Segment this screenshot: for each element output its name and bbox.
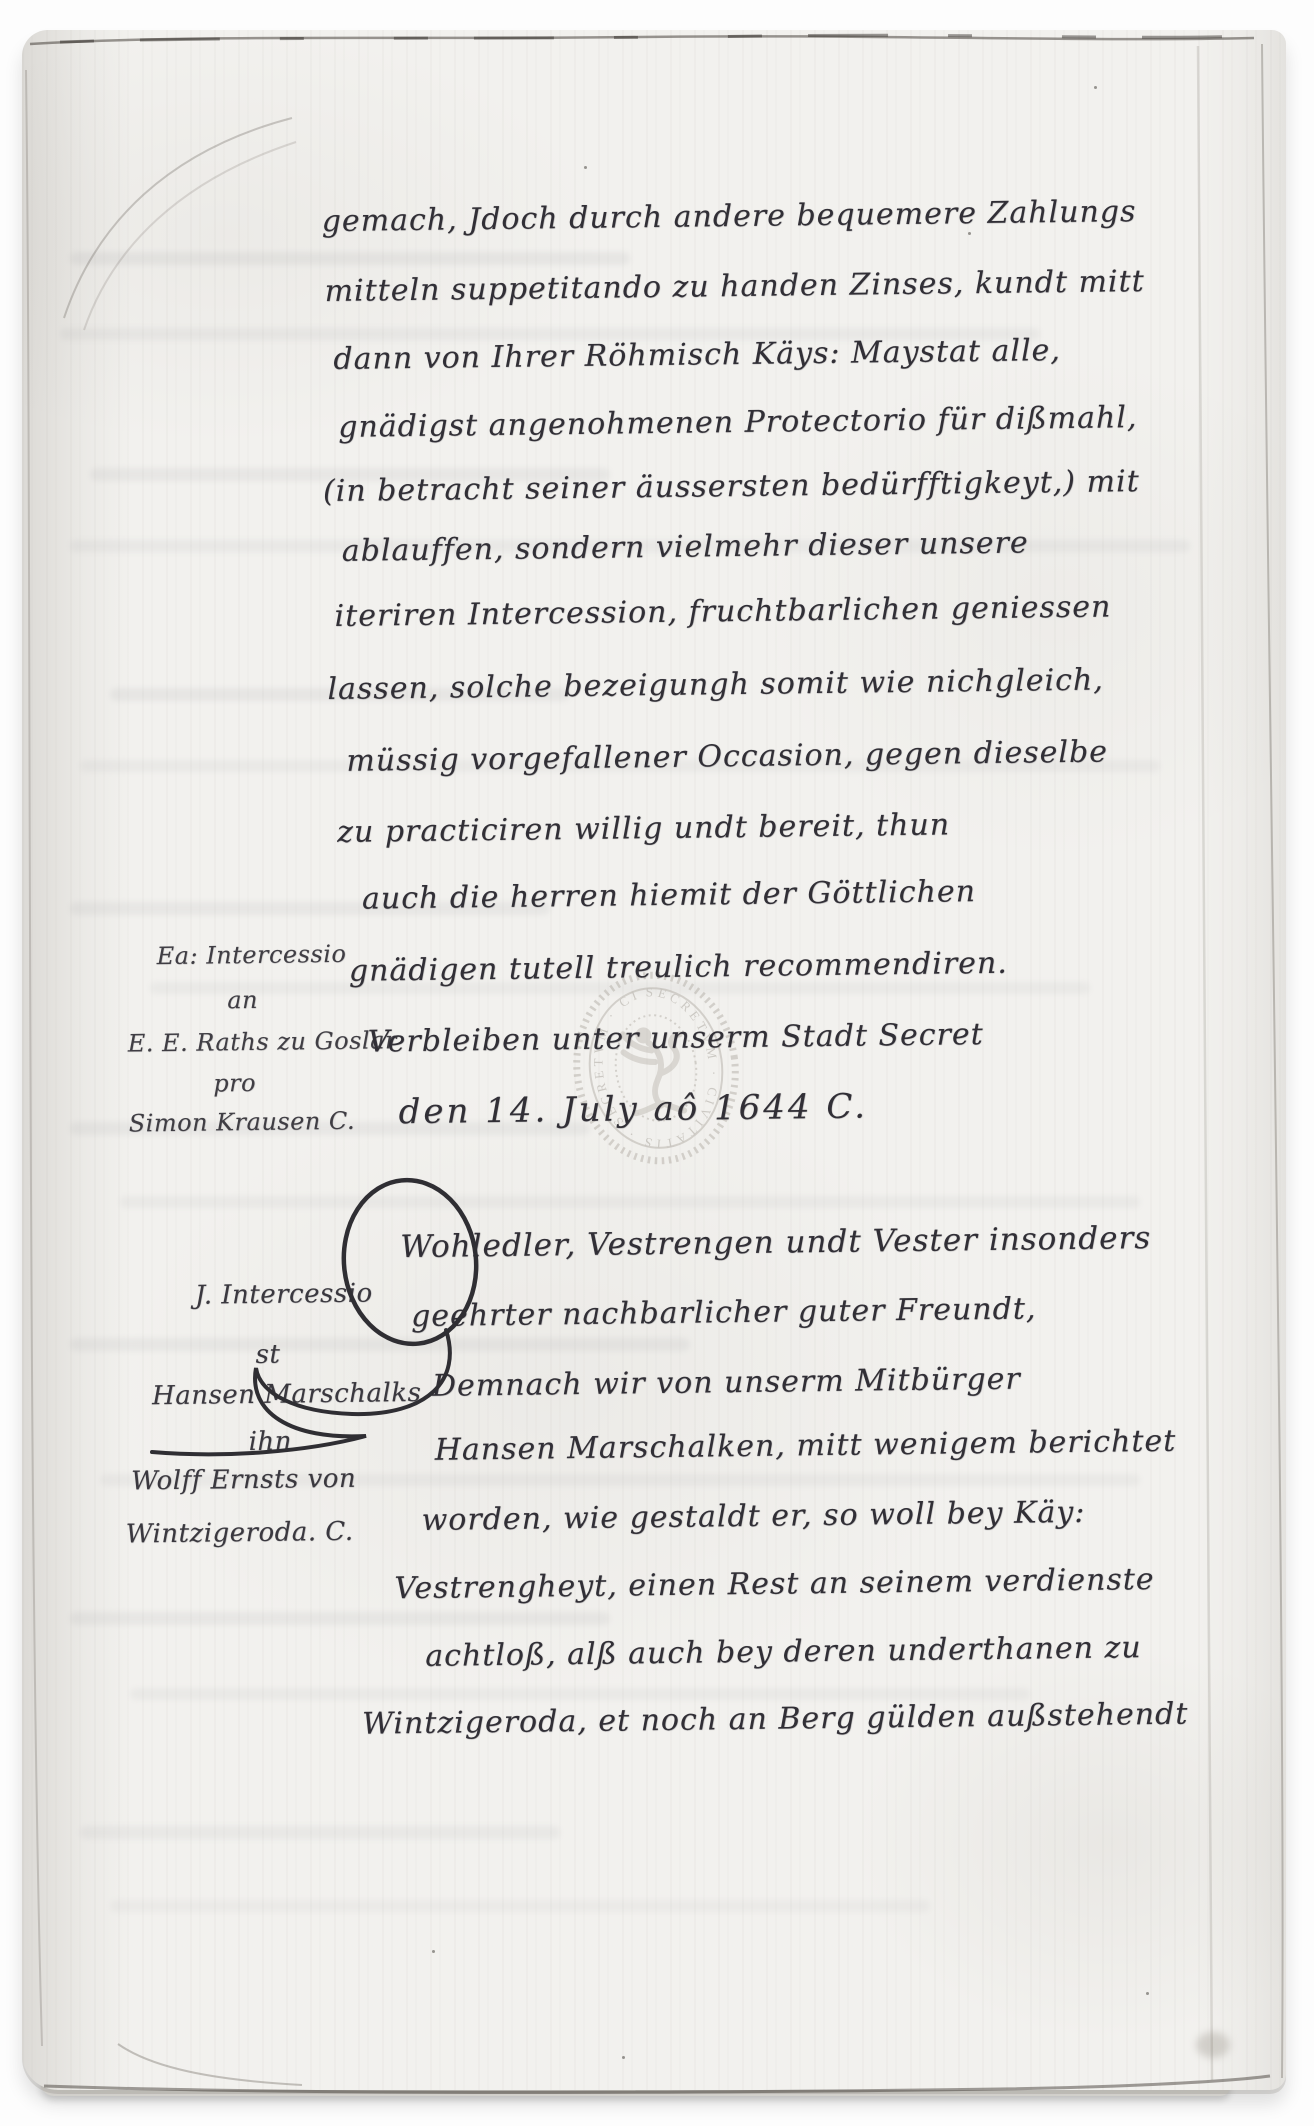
margin-note-line: st	[255, 1340, 280, 1370]
manuscript-line: mitteln suppetitando zu handen Zinses, k…	[324, 264, 1144, 310]
manuscript-dateline: den 14. July aô 1644 C.	[398, 1086, 868, 1133]
manuscript-line: gemach, Jdoch durch andere bequemere Zah…	[322, 194, 1137, 240]
margin-note-line: ihn	[248, 1427, 292, 1458]
margin-note-line: Ea: Intercessio	[157, 940, 347, 970]
margin-note-line: Wolff Ernsts von	[131, 1464, 356, 1497]
manuscript-line: (in betracht seiner äussersten bedürffti…	[323, 464, 1140, 510]
manuscript-line: dann von Ihrer Röhmisch Käys: Maystat al…	[333, 333, 1061, 378]
margin-note-line: E. E. Raths zu Goslar	[128, 1026, 397, 1057]
manuscript-line: Verbleiben unter unserm Stadt Secret	[368, 1017, 984, 1061]
ink-layer: gemach, Jdoch durch andere bequemere Zah…	[0, 0, 1314, 2126]
margin-note-line: Hansen Marschalks	[152, 1378, 422, 1411]
manuscript-line: gnädigst angenohmenen Protectorio für di…	[338, 400, 1138, 446]
manuscript-line: Vestrengheyt, einen Rest an seinem verdi…	[394, 1562, 1155, 1607]
manuscript-line: Wohledler, Vestrengen undt Vester insond…	[400, 1220, 1151, 1266]
manuscript-line: gnädigen tutell treulich recommendiren.	[349, 946, 1008, 990]
manuscript-line: müssig vorgefallener Occasion, gegen die…	[346, 735, 1108, 780]
margin-note-line: Simon Krausen C.	[129, 1107, 356, 1138]
manuscript-line: worden, wie gestaldt er, so woll bey Käy…	[421, 1495, 1085, 1539]
manuscript-line: lassen, solche bezeigungh somit wie nich…	[327, 663, 1104, 708]
margin-note-line: an	[227, 986, 258, 1014]
manuscript-line: auch die herren hiemit der Göttlichen	[362, 874, 976, 917]
manuscript-line: iteriren Intercession, fruchtbarlichen g…	[334, 589, 1111, 634]
manuscript-line: geehrter nachbarlicher guter Freundt,	[411, 1291, 1037, 1335]
manuscript-line: Hansen Marschalken, mitt wenigem bericht…	[435, 1424, 1177, 1469]
manuscript-line: Wintzigeroda, et noch an Berg gülden auß…	[362, 1697, 1189, 1743]
manuscript-line: achtloß, alß auch bey deren underthanen …	[425, 1630, 1142, 1675]
manuscript-line: ablauffen, sondern vielmehr dieser unser…	[342, 525, 1029, 569]
manuscript-line: Demnach wir von unserm Mitbürger	[432, 1362, 1021, 1405]
margin-note-line: pro	[213, 1069, 256, 1098]
manuscript-line: zu practiciren willig undt bereit, thun	[337, 807, 950, 850]
margin-note-line: Wintzigeroda. C.	[126, 1517, 354, 1550]
margin-note-line: J. Intercessio	[195, 1279, 373, 1311]
